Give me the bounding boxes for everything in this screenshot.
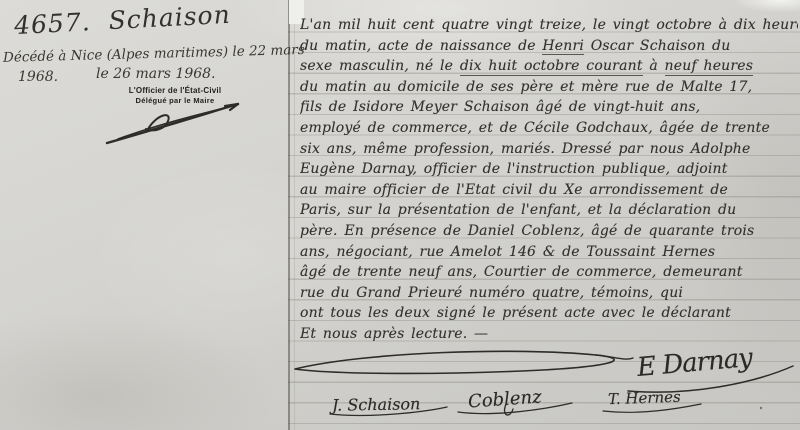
civil-officer-stamp: L'Officier de l'État-Civil Délégué par l…	[95, 86, 255, 105]
body-line: sexe masculin, né le dix huit octobre co…	[300, 56, 798, 77]
body-line: employé de commerce, et de Cécile Godcha…	[300, 118, 798, 139]
stamp-line1: L'Officier de l'État-Civil	[95, 86, 255, 95]
body-line: du matin, acte de naissance de Henri Osc…	[300, 36, 798, 57]
body-line: au maire officier de l'Etat civil du Xe …	[300, 180, 798, 201]
signature-schaison: J. Schaison	[332, 394, 421, 415]
entry-number: 4657.	[13, 7, 91, 40]
officer-signature-flourish	[107, 104, 238, 143]
scan-artifact-corner	[735, 0, 800, 12]
body-line: rue du Grand Prieuré numéro quatre, témo…	[300, 283, 798, 304]
entry-header: 4657.Schaison	[13, 0, 286, 40]
body-line: père. En présence de Daniel Coblenz, âgé…	[300, 221, 798, 242]
body-line: Eugène Darnay, officier de l'instruction…	[300, 159, 798, 180]
body-line: du matin au domicile de ses père et mère…	[300, 77, 798, 98]
body-line: fils de Isidore Meyer Schaison âgé de vi…	[300, 97, 798, 118]
act-text-column: L'an mil huit cent quatre vingt treize, …	[300, 15, 798, 349]
margin-rule	[288, 0, 290, 430]
signature-coblenz: Coblenz	[467, 386, 542, 412]
body-line: âgé de trente neuf ans, Courtier de comm…	[300, 262, 798, 283]
closing-flourish	[295, 351, 633, 373]
death-note-line3: le 26 mars 1968.	[96, 66, 216, 82]
body-lines: L'an mil huit cent quatre vingt treize, …	[300, 15, 798, 345]
stamp-line2: Délégué par le Maire	[95, 96, 255, 105]
body-line: Paris, sur la présentation de l'enfant, …	[300, 200, 798, 221]
body-line: L'an mil huit cent quatre vingt treize, …	[300, 15, 798, 36]
death-note-line1: Décédé à Nice (Alpes maritimes) le 22 ma…	[3, 42, 295, 66]
civil-register-page: 4657.Schaison Décédé à Nice (Alpes marit…	[0, 0, 800, 430]
body-line: Et nous après lecture. —	[300, 324, 798, 345]
signature-hernes: T. Hernes	[608, 388, 681, 409]
body-line: ont tous les deux signé le présent acte …	[300, 303, 798, 324]
entry-name: Schaison	[108, 0, 231, 35]
body-line: six ans, même profession, mariés. Dressé…	[300, 139, 798, 160]
margin-rule-faint	[294, 0, 295, 430]
body-line: ans, négociant, rue Amelot 146 & de Tous…	[300, 242, 798, 263]
death-note-line2: 1968.	[18, 69, 58, 85]
signature-darnay: E Darnay	[636, 343, 753, 383]
